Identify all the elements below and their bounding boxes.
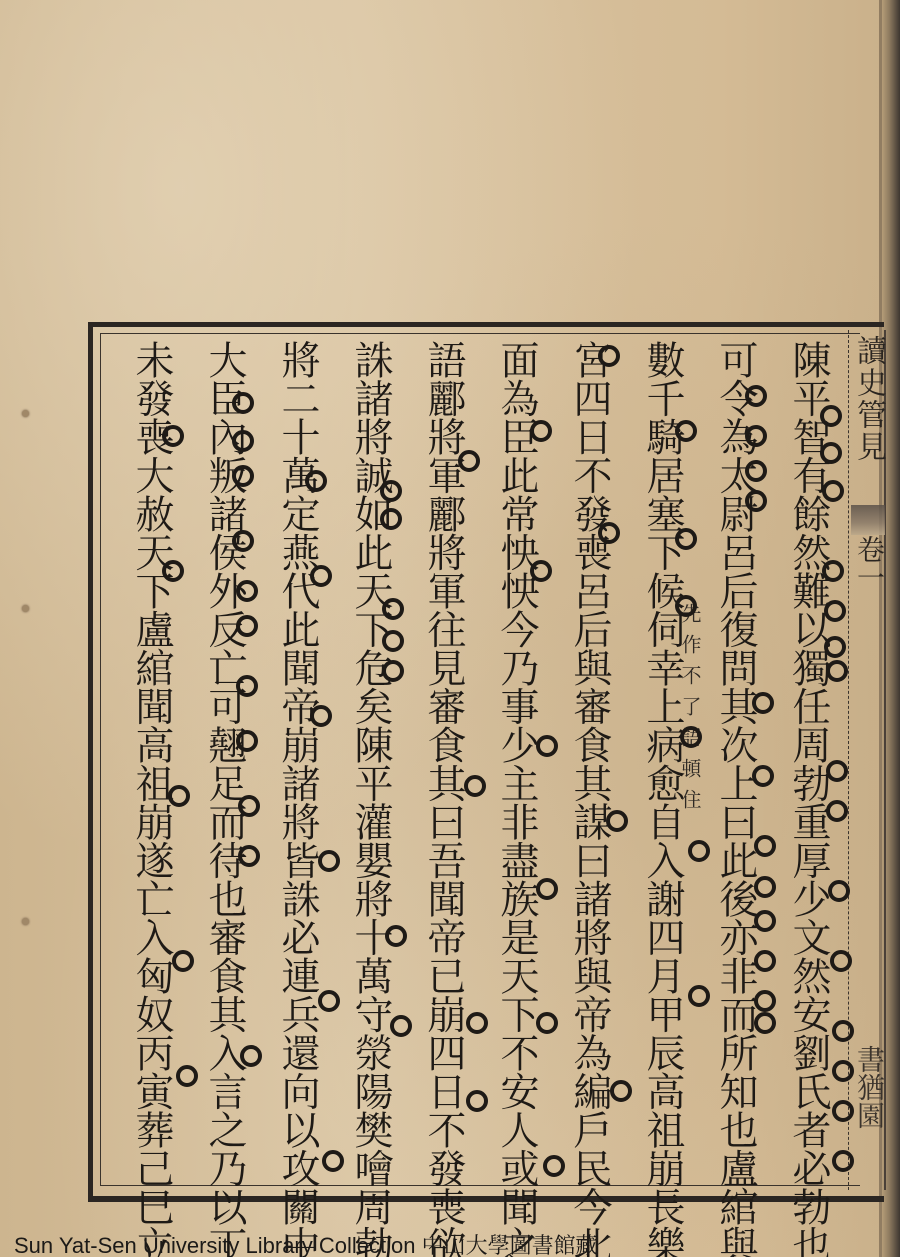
emphasis-circle-icon	[322, 1150, 344, 1172]
emphasis-circle-icon	[824, 600, 846, 622]
emphasis-circle-icon	[832, 1020, 854, 1042]
studio-name: 書猶園	[853, 1045, 883, 1129]
emphasis-circle-icon	[688, 840, 710, 862]
emphasis-circle-icon	[754, 950, 776, 972]
emphasis-circle-icon	[382, 630, 404, 652]
emphasis-circle-icon	[232, 392, 254, 414]
emphasis-circle-icon	[310, 705, 332, 727]
emphasis-circle-icon	[754, 835, 776, 857]
emphasis-circle-icon	[752, 765, 774, 787]
emphasis-circle-icon	[824, 636, 846, 658]
emphasis-circle-icon	[826, 800, 848, 822]
emphasis-circle-icon	[380, 480, 402, 502]
emphasis-circle-icon	[464, 775, 486, 797]
emphasis-circle-icon	[754, 876, 776, 898]
emphasis-circle-icon	[752, 692, 774, 714]
emphasis-circle-icon	[745, 490, 767, 512]
emphasis-circle-icon	[390, 1015, 412, 1037]
emphasis-circle-icon	[754, 910, 776, 932]
emphasis-circle-icon	[240, 1045, 262, 1067]
emphasis-circle-icon	[530, 560, 552, 582]
emphasis-circle-icon	[822, 560, 844, 582]
emphasis-circle-icon	[543, 1155, 565, 1177]
emphasis-circle-icon	[828, 880, 850, 902]
emphasis-circle-icon	[745, 425, 767, 447]
emphasis-circle-icon	[168, 785, 190, 807]
emphasis-circle-icon	[236, 730, 258, 752]
marginal-annotation: 先作不了語頓住	[680, 603, 700, 820]
binding-hole	[22, 410, 29, 417]
emphasis-circle-icon	[380, 508, 402, 530]
text-column-7: 誅諸將誠如此天下危矣陳平灌嬰將十萬守滎陽樊噲周勃	[334, 340, 407, 1180]
emphasis-circle-icon	[382, 660, 404, 682]
emphasis-circle-icon	[318, 990, 340, 1012]
emphasis-circle-icon	[466, 1012, 488, 1034]
emphasis-circle-icon	[610, 1080, 632, 1102]
emphasis-circle-icon	[598, 345, 620, 367]
emphasis-circle-icon	[238, 795, 260, 817]
emphasis-circle-icon	[238, 845, 260, 867]
emphasis-circle-icon	[536, 735, 558, 757]
collection-caption: Sun Yat-Sen University Library Collectio…	[14, 1229, 598, 1257]
emphasis-circle-icon	[745, 460, 767, 482]
emphasis-circle-icon	[675, 595, 697, 617]
emphasis-circle-icon	[310, 565, 332, 587]
emphasis-circle-icon	[162, 560, 184, 582]
emphasis-circle-icon	[745, 385, 767, 407]
emphasis-circle-icon	[318, 850, 340, 872]
emphasis-circle-icon	[675, 420, 697, 442]
emphasis-circle-icon	[832, 1100, 854, 1122]
emphasis-circle-icon	[536, 1012, 558, 1034]
text-column-10: 未發喪大赦天下盧綰聞高祖崩遂亡入匈奴丙寅葬己巳立	[115, 340, 188, 1180]
book-title: 讀史管見	[853, 335, 883, 463]
emphasis-circle-icon	[236, 615, 258, 637]
fish-tail-mark	[851, 505, 885, 535]
emphasis-circle-icon	[162, 425, 184, 447]
binding-hole	[22, 605, 29, 612]
text-column-5: 面為臣此常怏怏今乃事少主非盡族是天下不安人或聞之	[480, 340, 553, 1180]
emphasis-circle-icon	[820, 405, 842, 427]
emphasis-circle-icon	[675, 528, 697, 550]
emphasis-circle-icon	[606, 810, 628, 832]
emphasis-circle-icon	[385, 925, 407, 947]
emphasis-circle-icon	[832, 1150, 854, 1172]
emphasis-circle-icon	[236, 580, 258, 602]
emphasis-circle-icon	[832, 1060, 854, 1082]
emphasis-circle-icon	[598, 522, 620, 544]
emphasis-circle-icon	[536, 878, 558, 900]
emphasis-circle-icon	[826, 660, 848, 682]
emphasis-circle-icon	[382, 598, 404, 620]
volume-label: 卷一	[855, 535, 883, 591]
emphasis-circle-icon	[466, 1090, 488, 1112]
emphasis-circle-icon	[176, 1065, 198, 1087]
emphasis-circle-icon	[826, 760, 848, 782]
emphasis-circle-icon	[754, 990, 776, 1012]
emphasis-circle-icon	[458, 450, 480, 472]
emphasis-circle-icon	[232, 530, 254, 552]
text-column-4: 宮四日不發喪呂后與審食其謀曰諸將與帝為編戶民今北	[553, 340, 626, 1180]
emphasis-circle-icon	[680, 726, 702, 748]
emphasis-circle-icon	[754, 1012, 776, 1034]
emphasis-circle-icon	[688, 985, 710, 1007]
emphasis-circle-icon	[232, 465, 254, 487]
emphasis-circle-icon	[172, 950, 194, 972]
emphasis-circle-icon	[530, 420, 552, 442]
binding-hole	[22, 918, 29, 925]
emphasis-circle-icon	[232, 430, 254, 452]
emphasis-circle-icon	[822, 480, 844, 502]
emphasis-circle-icon	[236, 675, 258, 697]
emphasis-circle-icon	[820, 442, 842, 464]
emphasis-circle-icon	[305, 470, 327, 492]
text-column-8: 將二十萬定燕代此聞帝崩諸將皆誅必連兵還向以攻關中	[261, 340, 334, 1180]
emphasis-circle-icon	[830, 950, 852, 972]
